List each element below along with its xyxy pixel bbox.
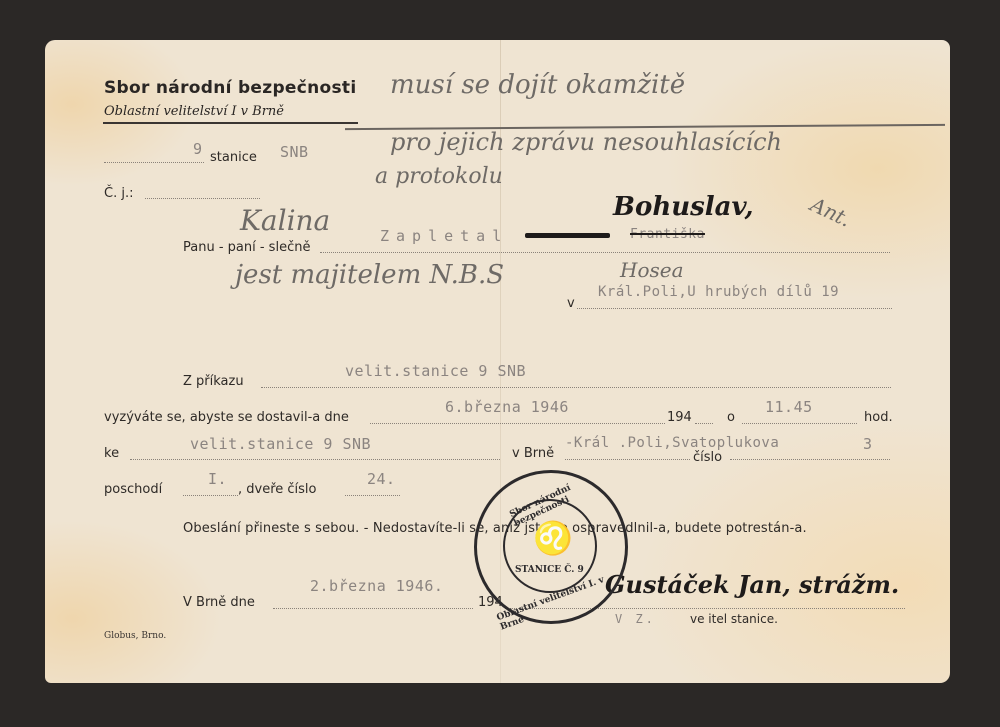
address-typed: Král.Poli,U hrubých dílů 19 xyxy=(598,284,839,300)
date-dots xyxy=(370,423,665,424)
handwritten-note-line4-suffix: Hosea xyxy=(620,258,684,282)
street-value: -Král .Poli,Svatoplukova xyxy=(565,435,779,451)
handwritten-note-line3: a protokolu xyxy=(375,164,503,189)
redaction-bar xyxy=(525,233,610,238)
handwritten-note-line2: pro jejich zprávu nesouhlasících xyxy=(390,128,782,156)
issue-date: 2.března 1946. xyxy=(310,577,443,595)
margin-mark: Ant. xyxy=(807,192,855,231)
order-from-label: Z příkazu xyxy=(183,374,244,389)
ke-label: ke xyxy=(104,446,119,461)
year-dots xyxy=(695,423,713,424)
address-dots xyxy=(577,308,892,309)
city-label: v Brně xyxy=(512,446,554,461)
reference-label: Č. j.: xyxy=(104,186,133,201)
issuer-subtitle: Oblastní velitelství I v Brně xyxy=(104,104,284,119)
ke-value: velit.stanice 9 SNB xyxy=(190,435,371,453)
appointment-date: 6.března 1946 xyxy=(445,398,569,416)
header-rule xyxy=(103,122,358,124)
handwritten-given-name: Bohuslav, xyxy=(613,192,754,222)
handwritten-note-line1: musí se dojít okamžitě xyxy=(390,70,685,100)
typed-surname: Zapletal xyxy=(380,227,508,245)
cislo-dots xyxy=(730,459,890,460)
cislo-value: 3 xyxy=(863,435,873,453)
place-label: V Brně dne xyxy=(183,595,255,610)
time-suffix: hod. xyxy=(864,410,893,425)
floor-dots xyxy=(183,495,238,496)
signer-title: ve itel stanice. xyxy=(690,612,778,626)
order-from-dots xyxy=(261,387,891,388)
address-label: v xyxy=(567,296,575,311)
year-prefix: 194 xyxy=(667,410,692,425)
cislo-label: číslo xyxy=(693,450,722,465)
signature: Gustáček Jan, strážm. xyxy=(605,570,899,599)
station-label: stanice xyxy=(210,150,257,165)
time-prefix: o xyxy=(727,410,735,425)
vz-mark: V Z. xyxy=(615,612,656,626)
street-dots xyxy=(565,459,690,460)
issuer-title: Sbor národní bezpečnosti xyxy=(104,78,356,98)
appointment-time: 11.45 xyxy=(765,398,813,416)
station-number: 9 xyxy=(193,140,203,158)
floor-label: poschodí xyxy=(104,482,162,497)
lion-emblem-icon: ♌ xyxy=(533,519,573,557)
addressee-label: Panu - paní - slečně xyxy=(183,240,310,255)
door-label: , dveře číslo xyxy=(238,482,317,497)
typed-given-struck: Františka xyxy=(630,227,705,242)
addressee-dots xyxy=(320,252,890,253)
handwritten-note-line4: jest majitelem N.B.S xyxy=(235,260,504,290)
printer-mark: Globus, Brno. xyxy=(104,631,166,641)
station-unit: SNB xyxy=(280,143,309,161)
summons-label: vyzýváte se, abyste se dostavil-a dne xyxy=(104,410,349,425)
summons-document: Sbor národní bezpečnosti Oblastní velite… xyxy=(45,40,950,683)
reference-dots xyxy=(145,198,260,199)
issue-date-dots xyxy=(273,608,473,609)
stamp-inner-text: STANICE Č. 9 xyxy=(515,565,584,575)
door-dots xyxy=(345,495,400,496)
order-from-value: velit.stanice 9 SNB xyxy=(345,362,526,380)
ke-dots xyxy=(130,459,500,460)
official-stamp: Sbor národní bezpečnosti Oblastní velite… xyxy=(474,470,628,624)
time-dots xyxy=(742,423,857,424)
door-value: 24. xyxy=(367,470,396,488)
station-dots xyxy=(104,162,204,163)
handwritten-surname: Kalina xyxy=(240,204,330,237)
floor-value: I. xyxy=(208,470,227,488)
